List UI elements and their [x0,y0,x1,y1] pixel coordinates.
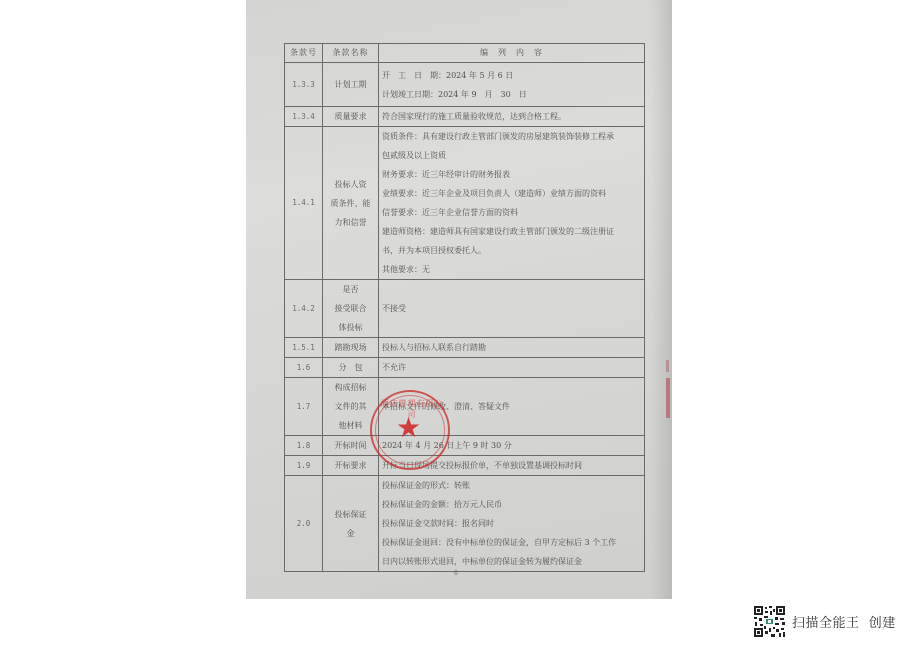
header-content: 编 列 内 容 [379,44,645,63]
clause-content-line: 资质条件：具有建设行政主管部门颁发的房屋建筑装饰装修工程承 [382,127,644,146]
table-row: 1.3.3计划工期开 工 日 期：2024 年 5 月 6 日计划竣工日期：20… [285,63,645,107]
clause-name-line: 投标保证 [326,505,375,524]
clause-number: 2.0 [285,476,323,572]
clause-content-line: 财务要求：近三年经审计的财务报表 [382,165,644,184]
clause-content-line: 建造师资格：建造师具有国家建设行政主管部门颁发的二级注册证 [382,222,644,241]
clause-name: 开标要求 [323,456,379,476]
table-row: 1.3.4质量要求符合国家现行的施工质量验收规范，达到合格工程。 [285,107,645,127]
clause-name-line: 分 包 [326,358,375,377]
clause-name: 分 包 [323,358,379,378]
header-clause-number: 条款号 [285,44,323,63]
table-row: 1.4.1投标人资质条件、能力和信誉资质条件：具有建设行政主管部门颁发的房屋建筑… [285,127,645,280]
header-clause-name: 条款名称 [323,44,379,63]
clause-content-line: 不接受 [382,299,644,318]
clause-name: 质量要求 [323,107,379,127]
clause-name-line: 投标人资 [326,175,375,194]
clause-number: 1.8 [285,436,323,456]
clause-name-line: 开标要求 [326,456,375,475]
clause-name-line: 踏勘现场 [326,338,375,357]
clause-content-line: 投标人与招标人联系自行踏勘 [382,338,644,357]
clause-content-line: 不允许 [382,358,644,377]
clause-number: 1.7 [285,378,323,436]
clause-number: 1.4.2 [285,280,323,338]
clause-content-line: 投标保证金的金额：拾万元人民币 [382,495,644,514]
clause-content-line: 投标保证金交款时间：报名同时 [382,514,644,533]
clause-number: 1.5.1 [285,338,323,358]
clause-content-line: 计划竣工日期：2024 年 9 月 30 日 [382,85,644,104]
clause-number: 1.3.3 [285,63,323,107]
clause-name: 投标保证金 [323,476,379,572]
scanned-page-photo: 条款号 条款名称 编 列 内 容 1.3.3计划工期开 工 日 期：2024 年… [246,0,672,599]
clause-name: 踏勘现场 [323,338,379,358]
table-row: 1.9开标要求开标当日现场提交投标报价单，不单独设置基调投标时间 [285,456,645,476]
table-row: 1.7构成招标文件的其他材料本招标文件的修改、澄清、答疑文件 [285,378,645,436]
clause-number: 1.4.1 [285,127,323,280]
clause-number: 1.9 [285,456,323,476]
clause-name-line: 质量要求 [326,107,375,126]
scanner-app-label: 扫描全能王 创建 [792,612,896,631]
clause-name: 计划工期 [323,63,379,107]
table-row: 1.8开标时间2024 年 4 月 26 日上午 9 时 30 分 [285,436,645,456]
clause-content-line: 其他要求：无 [382,260,644,279]
clause-content: 不允许 [379,358,645,378]
clause-content-line: 符合国家现行的施工质量验收规范，达到合格工程。 [382,107,644,126]
scanner-watermark: 扫描全能王 创建 [754,606,896,637]
clause-content: 投标保证金的形式：转账投标保证金的金额：拾万元人民币投标保证金交款时间：报名同时… [379,476,645,572]
clause-content-line: 业绩要求：近三年企业及项目负责人（建造师）业绩方面的资料 [382,184,644,203]
clause-name-line: 他材料 [326,416,375,435]
page-number: 6 [454,570,458,577]
table-row: 1.4.2是否接受联合体投标不接受 [285,280,645,338]
clause-name: 投标人资质条件、能力和信誉 [323,127,379,280]
clause-content-line: 投标保证金退回：没有中标单位的保证金，自甲方定标后 3 个工作 [382,533,644,552]
table-header-row: 条款号 条款名称 编 列 内 容 [285,44,645,63]
clause-name-line: 计划工期 [326,75,375,94]
clause-number: 1.6 [285,358,323,378]
tender-clauses-table: 条款号 条款名称 编 列 内 容 1.3.3计划工期开 工 日 期：2024 年… [284,43,645,572]
company-seal: 酒店管理有限公司 ★ [370,390,450,470]
clause-content-line: 书，并为本项目授权委托人。 [382,241,644,260]
table-row: 1.6分 包不允许 [285,358,645,378]
clause-content: 符合国家现行的施工质量验收规范，达到合格工程。 [379,107,645,127]
table-body: 1.3.3计划工期开 工 日 期：2024 年 5 月 6 日计划竣工日期：20… [285,63,645,572]
clause-content: 资质条件：具有建设行政主管部门颁发的房屋建筑装饰装修工程承包贰级及以上资质财务要… [379,127,645,280]
clause-content-line: 信誉要求：近三年企业信誉方面的资料 [382,203,644,222]
clause-name-line: 开标时间 [326,436,375,455]
tender-clauses-table-wrapper: 条款号 条款名称 编 列 内 容 1.3.3计划工期开 工 日 期：2024 年… [284,43,645,572]
qr-code-icon [754,606,785,637]
clause-name-line: 接受联合 [326,299,375,318]
clause-content-line: 开 工 日 期：2024 年 5 月 6 日 [382,66,644,85]
table-row: 2.0投标保证金投标保证金的形式：转账投标保证金的金额：拾万元人民币投标保证金交… [285,476,645,572]
clause-name: 是否接受联合体投标 [323,280,379,338]
clause-content-line: 投标保证金的形式：转账 [382,476,644,495]
clause-content: 不接受 [379,280,645,338]
seal-star-icon: ★ [396,414,421,442]
clause-name-line: 体投标 [326,318,375,337]
clause-name-line: 力和信誉 [326,213,375,232]
edge-red-mark-lower [666,378,670,418]
clause-content: 投标人与招标人联系自行踏勘 [379,338,645,358]
clause-content-line: 日内以转账形式退回，中标单位的保证金转为履约保证金 [382,552,644,571]
clause-name-line: 质条件、能 [326,194,375,213]
clause-name-line: 金 [326,524,375,543]
clause-name-line: 构成招标 [326,378,375,397]
table-row: 1.5.1踏勘现场投标人与招标人联系自行踏勘 [285,338,645,358]
clause-name-line: 文件的其 [326,397,375,416]
clause-content: 开 工 日 期：2024 年 5 月 6 日计划竣工日期：2024 年 9 月 … [379,63,645,107]
clause-content-line: 包贰级及以上资质 [382,146,644,165]
clause-number: 1.3.4 [285,107,323,127]
clause-name-line: 是否 [326,280,375,299]
edge-red-mark [666,360,669,372]
